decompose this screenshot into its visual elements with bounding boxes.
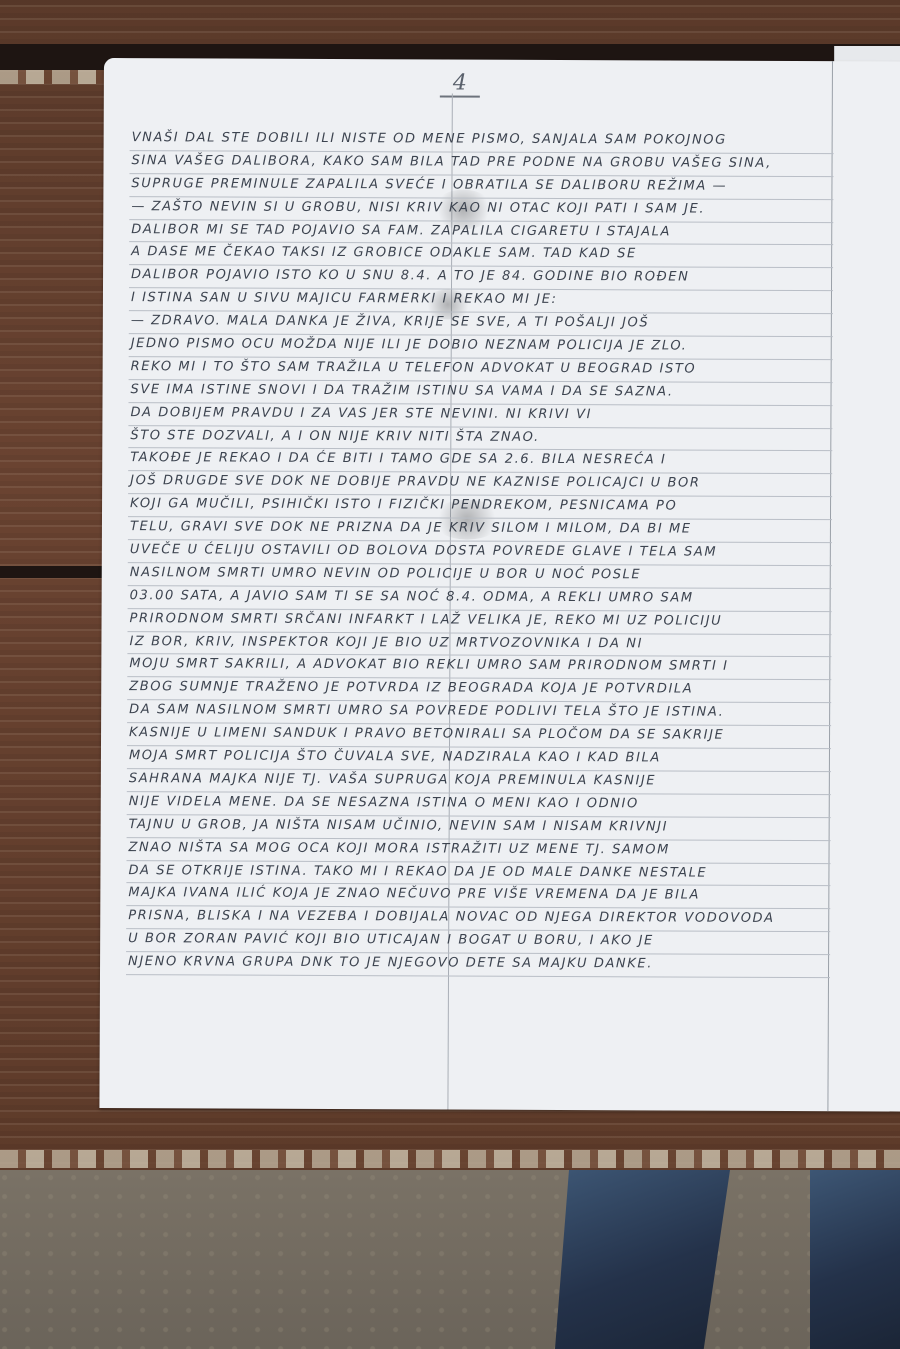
letter-line: Kasnije u limeni sanduk i pravo betonira… — [127, 723, 831, 749]
letter-line: — Zašto nevin si u grobu, nisi kriv kao … — [129, 197, 833, 223]
letter-line: — Zdravo. Mala Danka je živa, krije se s… — [129, 311, 833, 337]
letter-line: nije videla mene. Da se nesazna istina o… — [127, 792, 831, 818]
letter-line: supruge preminule zapalila sveće i obrat… — [129, 174, 833, 200]
plank-worn-edge-bottom — [0, 1150, 900, 1168]
letter-page: 4 Vnaši dal ste dobili ili niste od mene… — [99, 58, 900, 1112]
letter-line: tajnu u grob, ja ništa nisam učinio, nev… — [127, 815, 831, 841]
ground — [0, 1170, 900, 1349]
letter-line: uveče u ćeliju ostavili od bolova dosta … — [128, 540, 832, 566]
letter-line: jedno pismo ocu možda nije ili je dobio … — [129, 334, 833, 360]
letter-line: prirodnom smrti srčani infarkt i laž vel… — [127, 609, 831, 635]
letter-line: Takođe je rekao i da će biti i tamo gde … — [128, 449, 832, 475]
letter-line: sina vašeg Dalibora, kako sam bila tad p… — [129, 151, 833, 177]
letter-line: telu, gravi sve dok ne prizna da je kriv… — [128, 517, 832, 543]
letter-line: njeno krvna grupa DNK to je njegovo dete… — [126, 952, 830, 978]
letter-line: nasilnom smrti umro nevin od policije u … — [128, 563, 832, 589]
letter-line: što ste dozvali, a i on nije kriv niti š… — [128, 426, 832, 452]
letter-line: Da dobijem pravdu i za vas jer ste nevin… — [128, 403, 832, 429]
letter-line: prisna, bliska i na vezeba i dobijala no… — [126, 906, 830, 932]
letter-body: Vnaši dal ste dobili ili niste od mene p… — [126, 128, 834, 978]
letter-line: 03.00 sata, a javio sam ti se sa noć 8.4… — [128, 586, 832, 612]
letter-line: u Bor Zoran Pavić koji bio uticajan i bo… — [126, 929, 830, 955]
letter-line: zbog sumnje traženo je potvrda iz Beogra… — [127, 677, 831, 703]
letter-line: sahrana majka nije tj. vaša supruga koja… — [127, 769, 831, 795]
letter-line: iz Bor, kriv, inspektor koji je bio uz m… — [127, 632, 831, 658]
jeans-right-leg — [810, 1170, 900, 1349]
letter-line: sve ima istine snovi i da tražim istinu … — [128, 380, 832, 406]
jeans-left-leg — [555, 1170, 730, 1349]
letter-line: Dalibor pojavio isto ko u snu 8.4. A to … — [129, 265, 833, 291]
letter-line: Reko mi i to što sam tražila u telefon a… — [129, 357, 833, 383]
letter-line: a dase me čekao taksi iz grobice odakle … — [129, 243, 833, 269]
letter-line: Dalibor mi se tad pojavio sa fam. zapali… — [129, 220, 833, 246]
page-number: 4 — [440, 73, 480, 97]
letter-line: i istina san u sivu majicu farmerki i re… — [129, 288, 833, 314]
letter-line: da sam nasilnom smrti umro sa povrede po… — [127, 700, 831, 726]
letter-line: moja smrt policija što čuvala sve, nadzi… — [127, 746, 831, 772]
letter-line: još drugde sve dok ne dobije pravdu ne k… — [128, 471, 832, 497]
letter-line: Vnaši dal ste dobili ili niste od mene p… — [130, 128, 834, 154]
letter-line: majka Ivana Ilić koja je znao nečuvo pre… — [126, 883, 830, 909]
letter-line: znao ništa sa mog oca koji mora istražit… — [126, 838, 830, 864]
letter-line: da se otkrije istina. Tako mi i rekao da… — [126, 861, 830, 887]
letter-line: moju smrt sakrili, a advokat bio rekli u… — [127, 655, 831, 681]
letter-line: koji ga mučili, psihički isto i fizički … — [128, 494, 832, 520]
